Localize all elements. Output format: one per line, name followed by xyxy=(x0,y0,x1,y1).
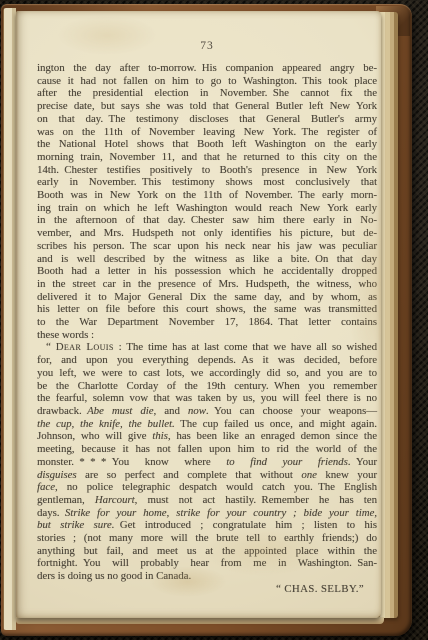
facing-page-edges xyxy=(3,8,16,630)
text-line: but strike sure. Get introduced ; congra… xyxy=(37,519,377,532)
text-line: Booth was in New York on the 11th of Nov… xyxy=(37,189,377,202)
text-line: scribes his person. The scar upon his ne… xyxy=(37,240,377,253)
text-line: vember, and Mrs. Hudspeth not only ident… xyxy=(37,227,377,240)
letter-signature: “ CHAS. SELBY.” xyxy=(37,583,377,596)
text-line: meeting, because it has not fallen upon … xyxy=(37,443,377,456)
text-line: fortnight. You will probably hear from m… xyxy=(37,557,377,570)
text-line: on that day. The testimony discloses tha… xyxy=(37,113,377,126)
text-line: Johnson, who will give this, has been li… xyxy=(37,430,377,443)
text-line: you left, we were to cast lots, we accor… xyxy=(37,367,377,380)
text-line: after the presidential election in Novem… xyxy=(37,87,377,100)
text-line: in the afternoon of that day. Chester sa… xyxy=(37,214,377,227)
text-line: days. Strike for your home, strike for y… xyxy=(37,507,377,520)
text-line: face, no police telegraphic despatch wou… xyxy=(37,481,377,494)
text-line: “ Dear Louis : The time has at last come… xyxy=(37,341,377,354)
paragraph-testimony: ington the day after to-morrow. His comp… xyxy=(37,62,377,341)
page-number: 73 xyxy=(37,40,377,52)
text-line: for, and upon you everything depends. As… xyxy=(37,354,377,367)
page-edge-stack-bottom xyxy=(16,617,384,624)
text-line: the fearful, solemn vow that was taken b… xyxy=(37,392,377,405)
book-page: 73 ington the day after to-morrow. His c… xyxy=(16,11,381,618)
page-content: 73 ington the day after to-morrow. His c… xyxy=(37,11,377,596)
text-line: his letter on file before this court sho… xyxy=(37,303,377,316)
text-line: morning train, November 11, and that he … xyxy=(37,151,377,164)
text-line: gentleman, Harcourt, must not act hastil… xyxy=(37,494,377,507)
text-line: the cup, the knife, the bullet. The cup … xyxy=(37,418,377,431)
text-line: 14th. Chester testifies positively to Bo… xyxy=(37,164,377,177)
text-line: drawback. Abe must die, and now. You can… xyxy=(37,405,377,418)
paragraph-letter: “ Dear Louis : The time has at last come… xyxy=(37,341,377,582)
text-line: ing train on which he left Washington wo… xyxy=(37,202,377,215)
text-line: and is well described by the witness as … xyxy=(37,253,377,266)
text-line: in the street car in the presence of Mrs… xyxy=(37,278,377,291)
text-line: these words : xyxy=(37,329,377,342)
text-line: stories ; (not many more will the brute … xyxy=(37,532,377,545)
text-line: Booth had a letter in his possession whi… xyxy=(37,265,377,278)
text-line: ders is doing us no good in Canada. xyxy=(37,570,377,583)
page-edge-stack-right xyxy=(379,12,398,618)
text-line: cause it had not fallen on him to go to … xyxy=(37,75,377,88)
text-line: disguises are so perfect and complete th… xyxy=(37,469,377,482)
text-line: monster. * * * You know where to find yo… xyxy=(37,456,377,469)
text-line: ington the day after to-morrow. His comp… xyxy=(37,62,377,75)
text-line: precise date, but says she was told that… xyxy=(37,100,377,113)
text-line: delivered it to Major General Dix the sa… xyxy=(37,291,377,304)
text-line: to the War Department November 17, 1864.… xyxy=(37,316,377,329)
photo-of-book: { "page_number": "73", "colors": { "pape… xyxy=(0,0,428,640)
text-line: early in November. This testimony shows … xyxy=(37,176,377,189)
text-line: anything but fail, and meet us at the ap… xyxy=(37,545,377,558)
text-line: was on the 11th of November leaving New … xyxy=(37,126,377,139)
text-line: the National Hotel shows that Booth left… xyxy=(37,138,377,151)
text-line: be the Charlotte Corday of the 19th cent… xyxy=(37,380,377,393)
